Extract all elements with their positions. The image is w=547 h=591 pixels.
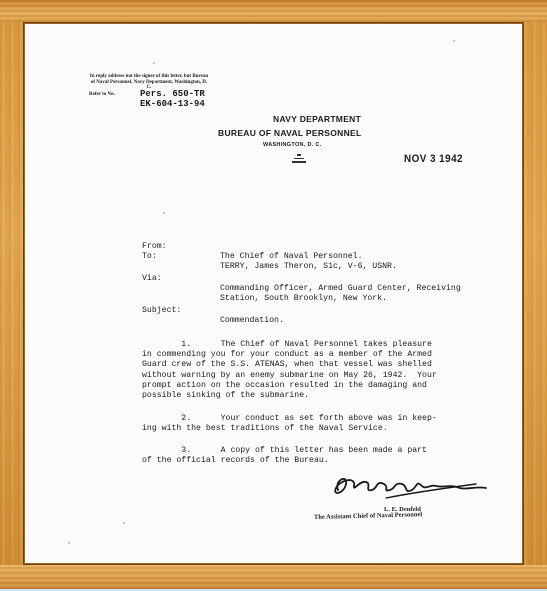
letter-paper: In reply address not the signer of this … [23, 22, 524, 565]
ref-code-2: EK-604-13-94 [140, 99, 205, 109]
paragraph-2: 2. Your conduct as set forth above was i… [142, 414, 482, 434]
bureau-heading: BUREAU OF NAVAL PERSONNEL [218, 128, 362, 138]
paragraph-1: 1. The Chief of Naval Personnel takes pl… [142, 340, 482, 401]
paragraph-3: 3. A copy of this letter has been made a… [142, 446, 482, 466]
via-label: Via: [142, 274, 162, 284]
header-subject: Subject: Commendation. [23, 296, 524, 336]
seal-mark-icon [291, 152, 307, 162]
refer-label: Refer to No. [89, 92, 115, 97]
picture-frame-top [0, 0, 547, 22]
city-heading: WASHINGTON, D. C. [263, 142, 321, 148]
reference-codes: Pers. 650-TR EK-604-13-94 [140, 89, 205, 109]
subject-value: Commendation. [220, 316, 284, 326]
to-label: To: [142, 252, 157, 262]
signature-scrawl [326, 470, 496, 504]
date-stamp: NOV 3 1942 [404, 153, 463, 165]
ref-code-1: Pers. 650-TR [140, 89, 205, 99]
picture-frame-bottom [0, 565, 547, 589]
subject-label: Subject: [142, 306, 181, 316]
department-heading: NAVY DEPARTMENT [273, 114, 361, 124]
signer-title: The Assistant Chief of Naval Personnel [314, 511, 422, 521]
commendation-letter: In reply address not the signer of this … [23, 22, 524, 565]
